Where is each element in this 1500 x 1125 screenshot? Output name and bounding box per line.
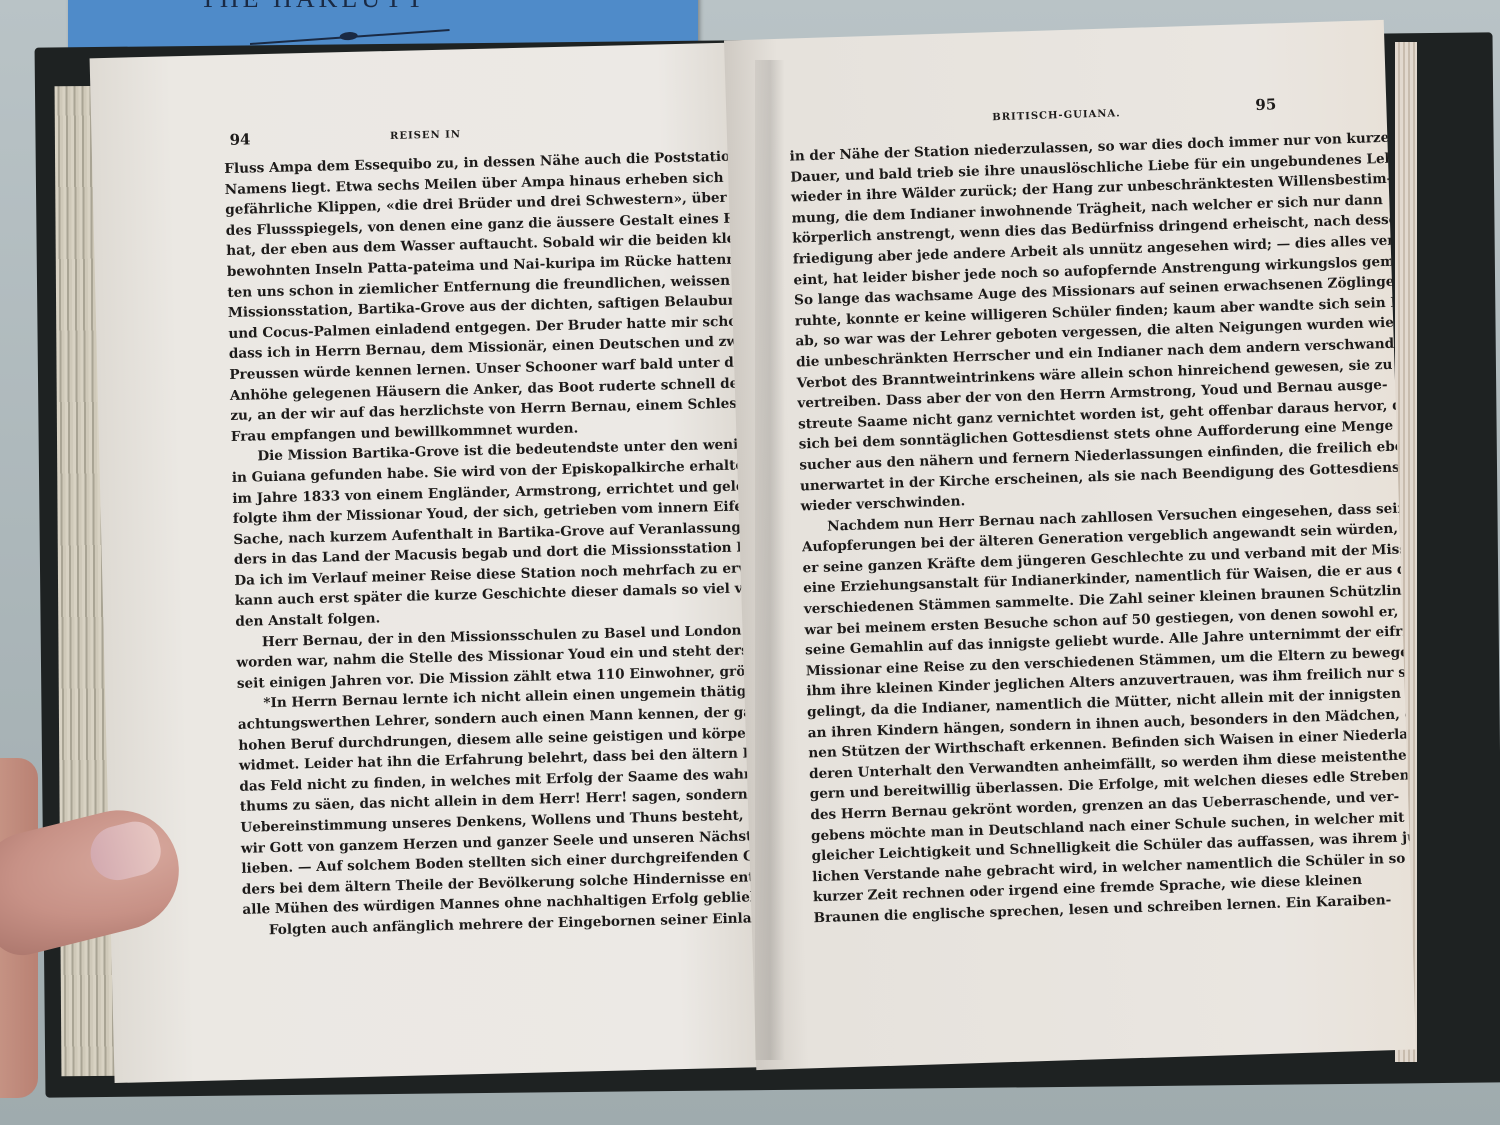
book-gutter-shadow [755, 60, 785, 1060]
running-head: REISEN IN [92, 122, 760, 149]
thumbnail [85, 817, 166, 886]
page-body-text: in der Nähe der Station niederzulassen, … [789, 131, 1323, 929]
page-body-text: Fluss Ampa dem Essequibo zu, in dessen N… [224, 147, 725, 941]
background-book-title: THE HAKLUYT [200, 0, 427, 14]
left-page[interactable]: 94 REISEN IN Fluss Ampa dem Essequibo zu… [90, 42, 783, 1083]
running-head: BRITISCH-GUIANA. [726, 100, 1386, 132]
right-page[interactable]: 95 BRITISCH-GUIANA. in der Nähe der Stat… [724, 20, 1416, 1070]
